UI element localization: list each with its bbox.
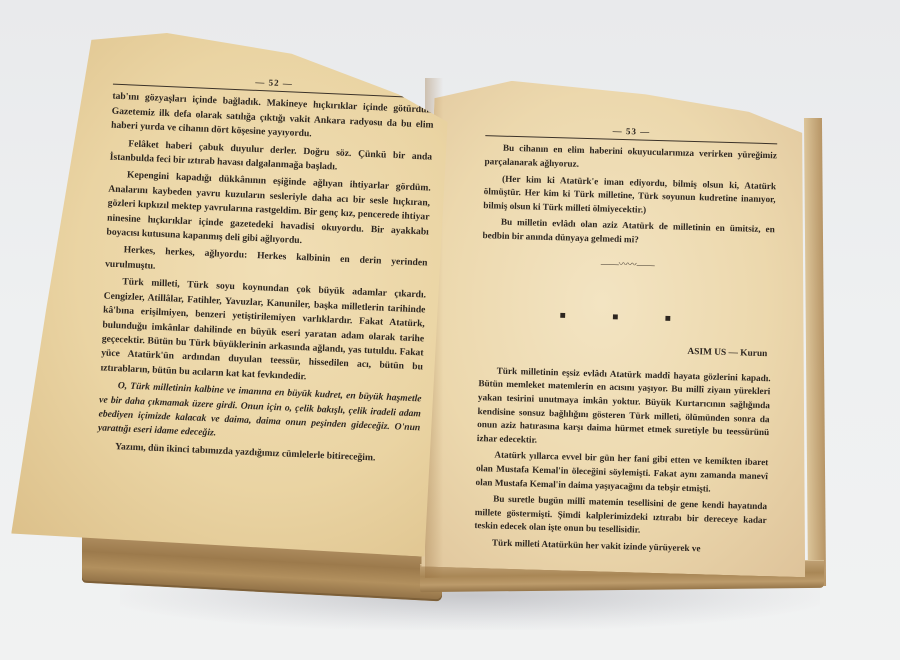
left-page: — 52 — tab'ını gözyaşları içinde bağladı…	[11, 27, 451, 557]
paragraph: Bu cihanın en elim haberini okuyucularım…	[484, 142, 777, 177]
paragraph: Bu milletin evlâdı olan aziz Atatürk de …	[482, 216, 775, 251]
page-number: — 53 —	[485, 120, 777, 145]
paragraph: Kepengini kapadığı dükkânının eşiğinde a…	[106, 168, 431, 254]
paragraph: Bu suretle bugün millî matemin tesellisi…	[474, 492, 767, 541]
paragraph: Atatürk yıllarca evvel bir gün her fani …	[475, 448, 768, 497]
paragraph: O, Türk milletinin kalbine ve imanına en…	[98, 378, 422, 450]
paragraph: (Her kim ki Atatürk'e iman ediyordu, bil…	[483, 172, 776, 221]
byline: ASIM US — Kurun	[479, 339, 771, 362]
paragraph: Türk milletinin eşsiz evlâdı Atatürk mad…	[477, 364, 771, 454]
paragraph: Türk milleti, Türk soyu koynundan çok bü…	[100, 275, 426, 390]
section-separator: ■ ■ ■	[480, 307, 772, 330]
right-page-block-edge	[804, 118, 826, 586]
ornament-divider: ——〰〰——	[482, 253, 774, 276]
right-page: — 53 — Bu cihanın en elim haberini okuyu…	[421, 79, 818, 578]
